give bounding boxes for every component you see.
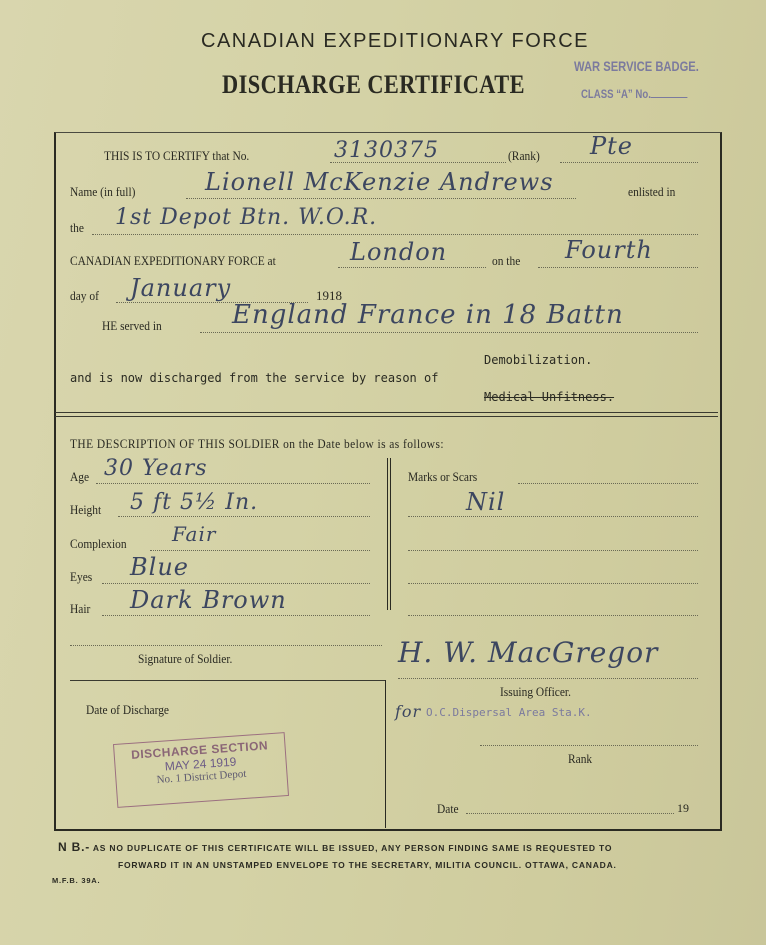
- issuing-unit-stamp: O.C.Dispersal Area Sta.K.: [426, 706, 592, 719]
- the-label: the: [70, 220, 84, 236]
- nb-prefix: N B.-: [58, 840, 90, 854]
- certify-intro: THIS IS TO CERTIFY that No.: [104, 148, 249, 164]
- served-line: [200, 332, 698, 333]
- marks-line: [518, 483, 698, 484]
- discharge-box-divider: [385, 680, 386, 828]
- discharge-reason-struck: Medical Unfitness.: [484, 390, 614, 404]
- discharge-reason-typed: Demobilization.: [484, 353, 592, 367]
- rank-signature-line: [480, 745, 698, 746]
- war-service-badge-stamp: WAR SERVICE BADGE.: [574, 58, 699, 74]
- column-divider-b: [390, 458, 391, 610]
- day-of-label: day of: [70, 288, 99, 304]
- date-year-prefix: 19: [677, 801, 689, 816]
- height-label: Height: [70, 502, 101, 518]
- served-value: England France in 18 Battn: [232, 300, 624, 330]
- name-line: [186, 198, 576, 199]
- badge-class-label: CLASS “A” No.: [581, 87, 651, 101]
- marks-line-4: [408, 583, 698, 584]
- rank-label: (Rank): [508, 148, 540, 164]
- unit-value: 1st Depot Btn. W.O.R.: [115, 205, 377, 230]
- issuing-officer-signature: H. W. MacGregor: [398, 636, 658, 669]
- hair-label: Hair: [70, 601, 90, 617]
- badge-class-stamp: CLASS “A” No.: [581, 87, 688, 101]
- place-value: London: [350, 238, 447, 266]
- discharge-box-top: [70, 680, 386, 681]
- rank-value: Pte: [590, 132, 633, 160]
- issuing-stamp-prefix: for: [395, 702, 421, 721]
- soldier-name: Lionell McKenzie Andrews: [205, 168, 554, 196]
- date-of-discharge-label: Date of Discharge: [86, 702, 169, 718]
- discharge-reason-label: and is now discharged from the service b…: [70, 371, 438, 385]
- discharge-section-stamp: DISCHARGE SECTION MAY 24 1919 No. 1 Dist…: [113, 732, 289, 808]
- nb-text-1: AS NO DUPLICATE OF THIS CERTIFICATE WILL…: [93, 843, 612, 853]
- issuing-officer-label: Issuing Officer.: [500, 684, 571, 700]
- soldier-signature-label: Signature of Soldier.: [138, 651, 232, 667]
- service-number: 3130375: [334, 138, 439, 163]
- issuing-rank-label: Rank: [568, 751, 592, 767]
- served-label: HE served in: [102, 318, 162, 334]
- complexion-line: [150, 550, 370, 551]
- rank-line: [560, 162, 698, 163]
- section-divider: [55, 412, 718, 417]
- form-number: M.F.B. 39A.: [52, 876, 100, 885]
- certificate-title: DISCHARGE CERTIFICATE: [222, 70, 525, 100]
- enlisted-label: enlisted in: [628, 184, 675, 200]
- height-line: [118, 516, 370, 517]
- eyes-value: Blue: [130, 553, 189, 581]
- marks-label: Marks or Scars: [408, 469, 477, 485]
- day-line: [538, 267, 698, 268]
- eyes-line: [102, 583, 370, 584]
- name-label: Name (in full): [70, 184, 135, 200]
- soldier-signature-line: [70, 645, 382, 646]
- month-value: January: [130, 274, 231, 302]
- marks-line-5: [408, 615, 698, 616]
- age-line: [96, 483, 370, 484]
- on-the-label: on the: [492, 253, 520, 269]
- issuing-officer-line: [398, 678, 698, 679]
- day-value: Fourth: [565, 236, 653, 264]
- description-heading: THE DESCRIPTION OF THIS SOLDIER on the D…: [70, 436, 444, 452]
- unit-line: [92, 234, 698, 235]
- age-value: 30 Years: [104, 456, 208, 481]
- hair-value: Dark Brown: [130, 586, 287, 614]
- complexion-value: Fair: [172, 522, 216, 546]
- form-heading: CANADIAN EXPEDITIONARY FORCE: [0, 30, 766, 53]
- date-label: Date: [437, 801, 459, 817]
- height-value: 5 ft 5½ In.: [130, 490, 258, 515]
- marks-line-3: [408, 550, 698, 551]
- marks-value: Nil: [466, 488, 505, 516]
- nb-notice-line-2: FORWARD IT IN AN UNSTAMPED ENVELOPE TO T…: [118, 860, 617, 870]
- place-line: [338, 267, 486, 268]
- column-divider-a: [387, 458, 388, 610]
- marks-line-2: [408, 516, 698, 517]
- eyes-label: Eyes: [70, 569, 92, 585]
- cef-label: CANADIAN EXPEDITIONARY FORCE at: [70, 253, 276, 269]
- nb-notice-line-1: N B.- AS NO DUPLICATE OF THIS CERTIFICAT…: [58, 840, 612, 854]
- complexion-label: Complexion: [70, 536, 127, 552]
- age-label: Age: [70, 469, 89, 485]
- hair-line: [102, 615, 370, 616]
- date-line: [466, 813, 674, 814]
